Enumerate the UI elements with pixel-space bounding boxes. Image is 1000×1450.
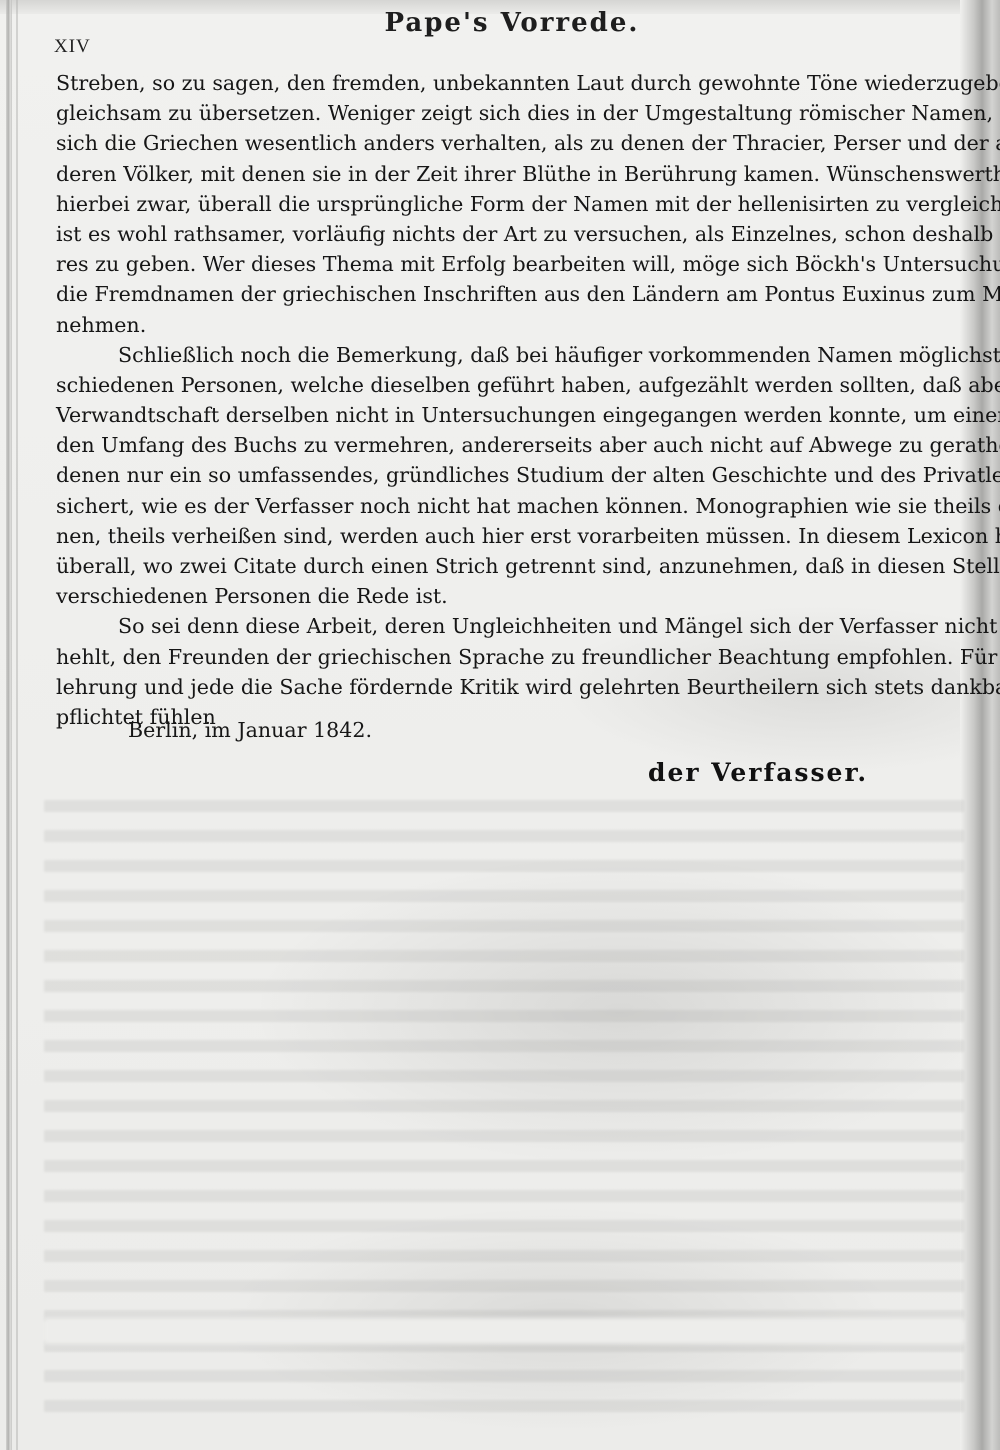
text-line: die Fremdnamen der griechischen Inschrif… [56,279,956,309]
text-line: überall, wo zwei Citate durch einen Stri… [56,551,956,581]
text-line: sichert, wie es der Verfasser noch nicht… [56,491,956,521]
page-number: XIV [54,36,91,58]
text-line: gleichsam zu übersetzen. Weniger zeigt s… [56,98,956,128]
body-text: Streben, so zu sagen, den fremden, unbek… [56,68,956,732]
text-line: Verwandtschaft derselben nicht in Unters… [56,400,956,430]
bleed-through-paragraph-gap [44,1318,964,1344]
text-line: denen nur ein so umfassendes, gründliche… [56,460,956,490]
text-line: hehlt, den Freunden der griechischen Spr… [56,642,956,672]
running-title: Pape's Vorrede. [385,8,640,38]
signature: der Verfasser. [648,758,868,787]
text-line: deren Völker, mit denen sie in der Zeit … [56,159,956,189]
paragraph-start-line: So sei denn diese Arbeit, deren Ungleich… [56,611,956,641]
text-line: hierbei zwar, überall die ursprüngliche … [56,189,956,219]
text-line: den Umfang des Buchs zu vermehren, ander… [56,430,956,460]
scanned-book-page: Pape's Vorrede. XIV Streben, so zu sagen… [0,0,1000,1450]
dateline: Berlin, im Januar 1842. [128,718,372,742]
binding-edge-left-line [16,0,18,1450]
text-line: schiedenen Personen, welche dieselben ge… [56,370,956,400]
text-line: lehrung und jede die Sache fördernde Kri… [56,672,956,702]
running-head: Pape's Vorrede. [0,8,1000,38]
paragraph-start-line: Schließlich noch die Bemerkung, daß bei … [56,340,956,370]
text-line: res zu geben. Wer dieses Thema mit Erfol… [56,249,956,279]
binding-shadow-right [960,0,1000,1450]
text-line: ist es wohl rathsamer, vorläufig nichts … [56,219,956,249]
text-line: nen, theils verheißen sind, werden auch … [56,521,956,551]
text-line: verschiedenen Personen die Rede ist. [56,581,956,611]
text-line: nehmen. [56,310,956,340]
text-line: sich die Griechen wesentlich anders verh… [56,128,956,158]
text-line: Streben, so zu sagen, den fremden, unbek… [56,68,956,98]
binding-edge-left [6,0,12,1450]
